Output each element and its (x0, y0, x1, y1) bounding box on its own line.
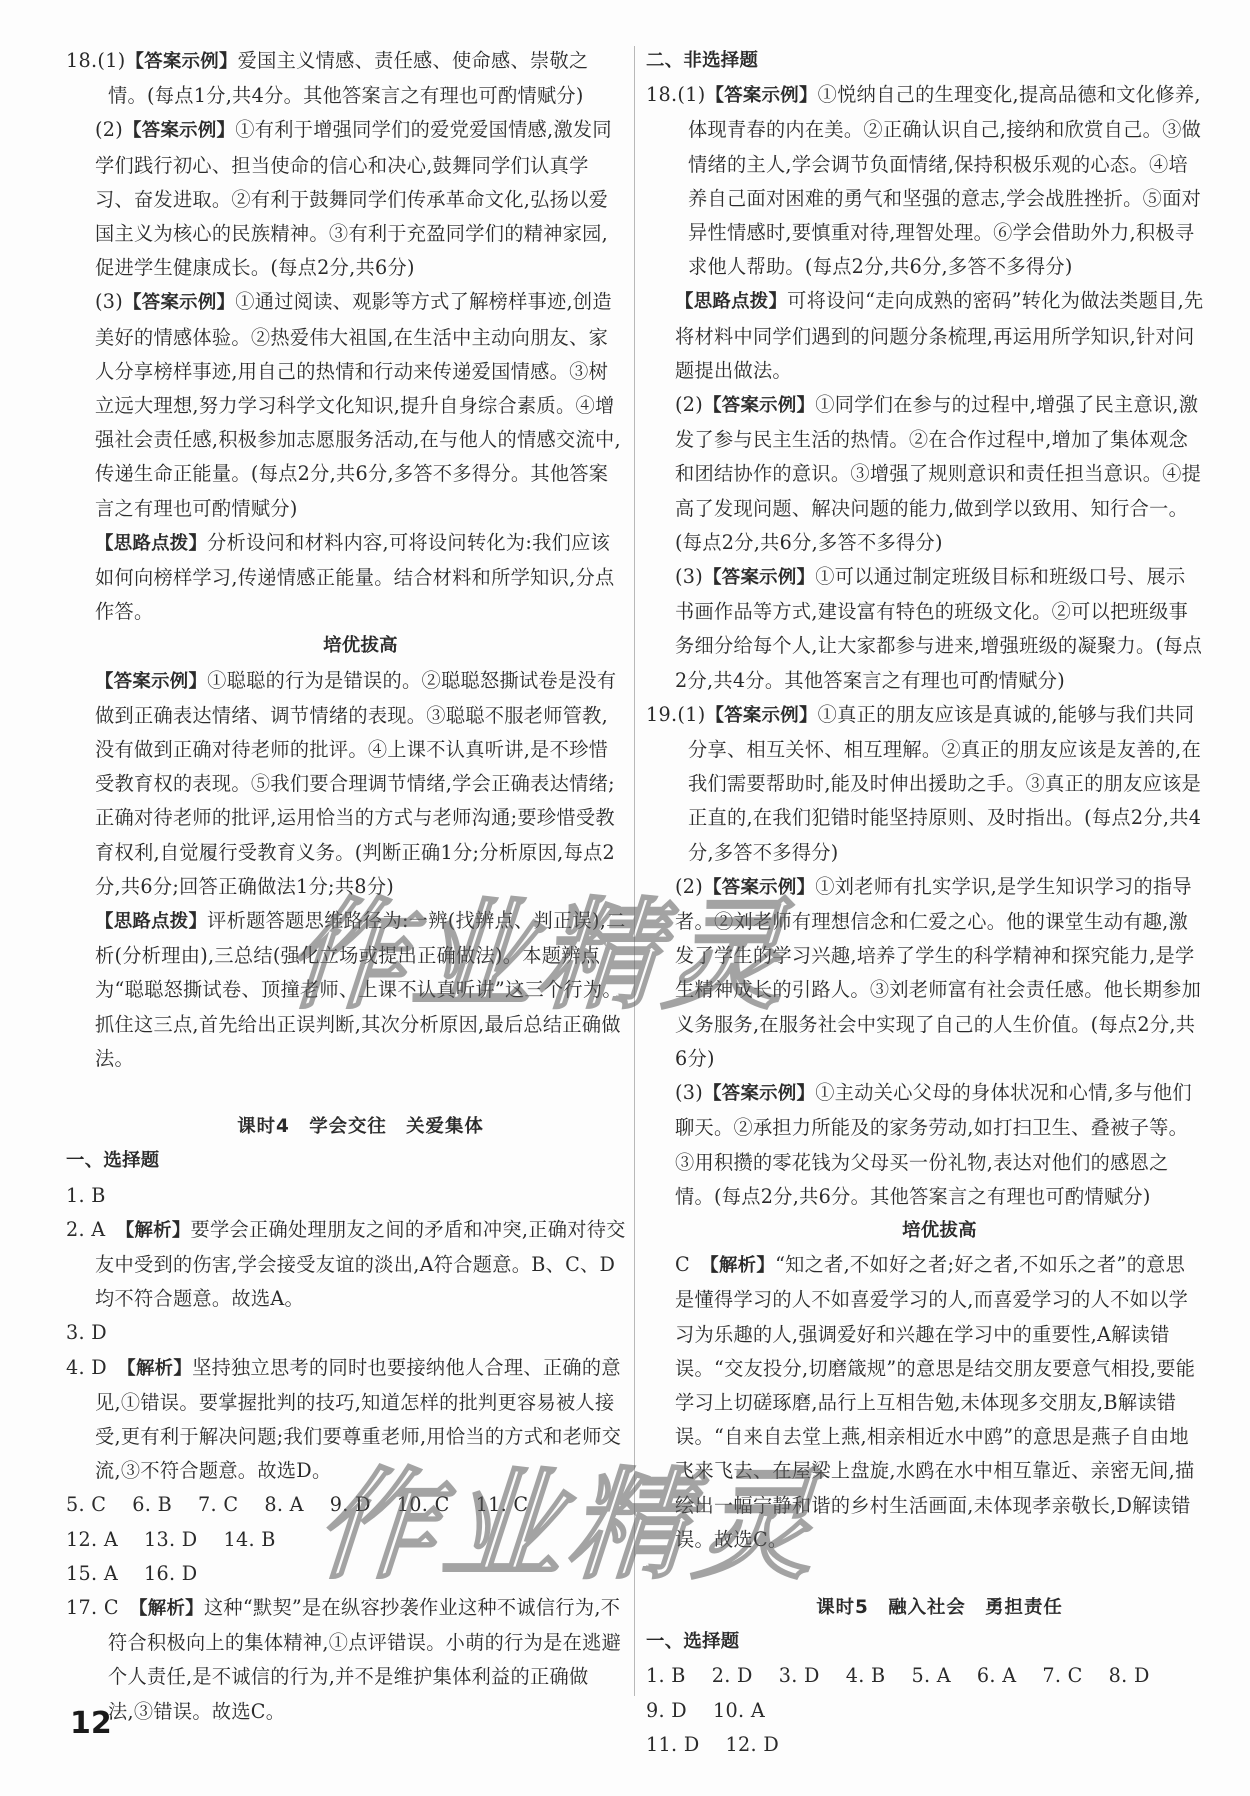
lesson4-q4: 4. D 【解析】坚持独立思考的同时也要接纳他人合理、正确的意见,①错误。要掌握… (66, 1351, 626, 1489)
q18-part3: (3)【答案示例】①通过阅读、观影等方式了解榜样事迹,创造美好的情感体验。②热爱… (66, 285, 626, 525)
lesson4-q1: 1. B (66, 1179, 626, 1213)
q18-part2: (2)【答案示例】①有利于增强同学们的爱党爱国情感,激发同学们践行初心、担当使命… (66, 113, 626, 285)
r-advanced-title: 培优拔高 (646, 1214, 1204, 1248)
column-divider (634, 46, 635, 1696)
page-number: 12 (70, 1706, 112, 1741)
r-q19-part2: (2)【答案示例】①刘老师有扎实学识,是学生知识学习的指导者。②刘老师有理想信念… (646, 870, 1204, 1076)
r-q18-part3: (3)【答案示例】①可以通过制定班级目标和班级口号、展示书画作品等方式,建设富有… (646, 560, 1204, 698)
r-q18-hint: 【思路点拨】可将设问“走向成熟的密码”转化为做法类题目,先将材料中同学们遇到的问… (646, 284, 1204, 388)
lesson4-q17: 17. C 【解析】这种“默契”是在纵容抄袭作业这种不诚信行为,不符合积极向上的… (66, 1591, 626, 1729)
lesson5-answers-row2: 11. D12. D (646, 1728, 1204, 1762)
right-column: 二、非选择题 18.(1)【答案示例】①悦纳自己的生理变化,提高品德和文化修养,… (646, 44, 1204, 1762)
advanced-title: 培优拔高 (66, 629, 626, 663)
r-q18-part1: 18.(1)【答案示例】①悦纳自己的生理变化,提高品德和文化修养,体现青春的内在… (646, 78, 1204, 284)
lesson5-title: 课时5 融入社会 勇担责任 (646, 1591, 1204, 1625)
nonchoice-section: 二、非选择题 (646, 44, 1204, 78)
lesson4-answers-row1: 5. C6. B7. C8. A9. D10. C11. C12. A13. D… (66, 1488, 626, 1556)
lesson4-q3: 3. D (66, 1316, 626, 1350)
lesson4-section: 一、选择题 (66, 1144, 626, 1178)
advanced-answer: 【答案示例】①聪聪的行为是错误的。②聪聪怒撕试卷是没有做到正确表达情绪、调节情绪… (66, 664, 626, 904)
r-advanced-answer: C 【解析】“知之者,不如好之者;好之者,不如乐之者”的意思是懂得学习的人不如喜… (646, 1248, 1204, 1557)
left-column: 18.(1)【答案示例】爱国主义情感、责任感、使命感、崇敬之情。(每点1分,共4… (66, 44, 626, 1729)
q18-part1: 18.(1)【答案示例】爱国主义情感、责任感、使命感、崇敬之情。(每点1分,共4… (66, 44, 626, 113)
r-q19-part1: 19.(1)【答案示例】①真正的朋友应该是真诚的,能够与我们共同分享、相互关怀、… (646, 698, 1204, 870)
r-q18-part2: (2)【答案示例】①同学们在参与的过程中,增强了民主意识,激发了参与民主生活的热… (646, 388, 1204, 560)
lesson4-q2: 2. A 【解析】要学会正确处理朋友之间的矛盾和冲突,正确对待交友中受到的伤害,… (66, 1213, 626, 1317)
r-q19-part3: (3)【答案示例】①主动关心父母的身体状况和心情,多与他们聊天。②承担力所能及的… (646, 1076, 1204, 1214)
lesson5-section: 一、选择题 (646, 1625, 1204, 1659)
advanced-hint: 【思路点拨】评析题答题思维路径为:一辨(找辨点、判正误),二析(分析理由),三总… (66, 904, 626, 1076)
lesson4-answers-row2: 15. A16. D (66, 1557, 626, 1591)
q18-hint: 【思路点拨】分析设问和材料内容,可将设问转化为:我们应该如何向榜样学习,传递情感… (66, 526, 626, 630)
lesson4-title: 课时4 学会交往 关爱集体 (66, 1110, 626, 1144)
lesson5-answers-row1: 1. B2. D3. D4. B5. A6. A7. C8. D9. D10. … (646, 1659, 1204, 1727)
